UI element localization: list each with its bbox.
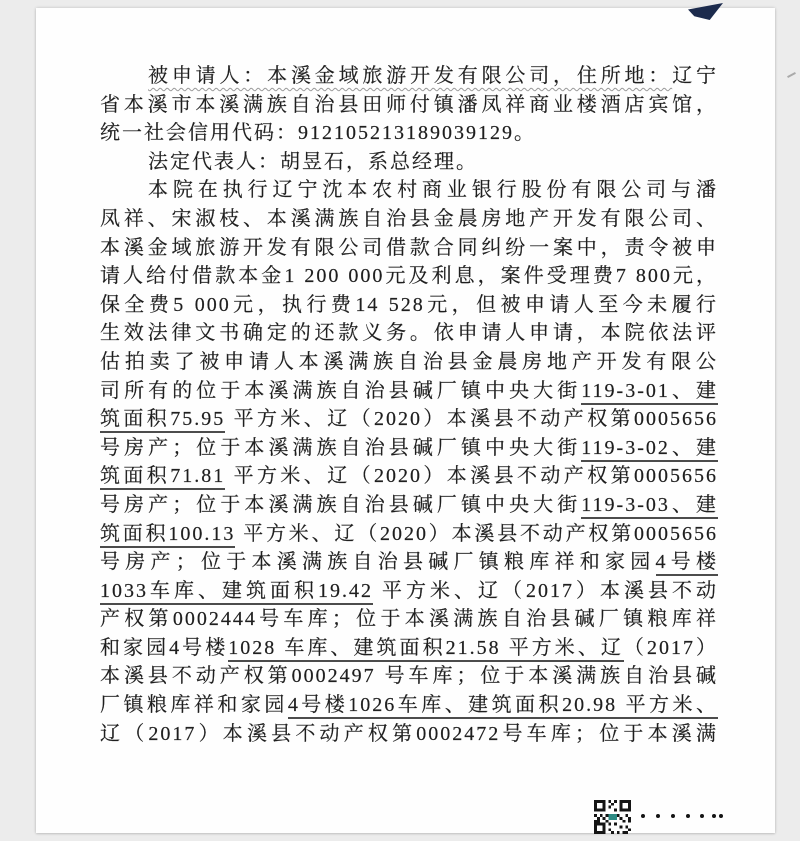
scan-artifact xyxy=(787,72,796,78)
document-line-16: 号房产；位于本溪满族自治县碱厂镇中央大街119-3-03、建 xyxy=(100,491,718,520)
document-line-9: 保全费5 000元，执行费14 528元，但被申请人至今未履行 xyxy=(100,291,718,320)
text-segment: 本院在执行辽宁沈本农村商业银行股份有限公司与潘 xyxy=(148,179,718,201)
document-line-14: 号房产；位于本溪满族自治县碱厂镇中央大街119-3-02、建 xyxy=(100,434,718,463)
footer-dot xyxy=(712,814,716,818)
document-line-20: 产权第0002444号车库；位于本溪满族自治县碱厂镇粮库祥 xyxy=(100,605,718,634)
text-segment: 辽（2017）本溪县不动产权第0002472号车库；位于本溪满 xyxy=(100,723,718,745)
text-segment: 产权第0002444号车库；位于本溪满族自治县碱厂镇粮库祥 xyxy=(100,608,718,630)
underlined-text: 4号楼1026车库、建筑面积20.98 平方米、 xyxy=(288,694,718,719)
text-segment: 号房产；位于本溪满族自治县碱厂镇中央大街 xyxy=(100,494,581,516)
document-line-10: 生效法律文书确定的还款义务。依申请人申请，本院依法评 xyxy=(100,319,718,348)
underlined-text: 4号楼 xyxy=(656,551,719,576)
document-line-8: 请人给付借款本金1 200 000元及利息，案件受理费7 800元， xyxy=(100,262,718,291)
document-line-2: 省本溪市本溪满族自治县田师付镇潘凤祥商业楼酒店宾馆， xyxy=(100,91,718,120)
document-line-1: 被申请人：本溪金域旅游开发有限公司，住所地：辽宁 xyxy=(100,62,718,91)
footer-dot xyxy=(686,814,690,818)
text-segment: 统一社会信用代码：912105213189039129。 xyxy=(100,122,536,144)
text-segment: 和家园4号楼 xyxy=(100,637,228,659)
text-segment: 辽宁 xyxy=(672,65,718,87)
text-segment: 本溪县不动产权第0002497 号车库；位于本溪满族自治县碱 xyxy=(100,665,718,687)
underlined-text: 筑面积75.95 xyxy=(100,408,225,433)
document-line-23: 厂镇粮库祥和家园4号楼1026车库、建筑面积20.98 平方米、 xyxy=(100,691,718,720)
document-line-5: 本院在执行辽宁沈本农村商业银行股份有限公司与潘 xyxy=(100,176,718,205)
document-line-15: 筑面积71.81 平方米、辽（2020）本溪县不动产权第0005656 xyxy=(100,462,718,491)
document-line-21: 和家园4号楼1028 车库、建筑面积21.58 平方米、辽（2017） xyxy=(100,634,718,663)
text-segment: 平方米、辽（2020）本溪县不动产权第0005656 xyxy=(225,465,718,487)
footer-dots xyxy=(641,814,723,818)
document-line-13: 筑面积75.95 平方米、辽（2020）本溪县不动产权第0005656 xyxy=(100,405,718,434)
document-line-6: 凤祥、宋淑枝、本溪满族自治县金晨房地产开发有限公司、 xyxy=(100,205,718,234)
footer-dot xyxy=(671,814,675,818)
text-segment: 省本溪市本溪满族自治县田师付镇潘凤祥商业楼酒店宾馆， xyxy=(100,94,718,116)
document-body: 被申请人：本溪金域旅游开发有限公司，住所地：辽宁省本溪市本溪满族自治县田师付镇潘… xyxy=(100,62,718,748)
text-segment: 凤祥、宋淑枝、本溪满族自治县金晨房地产开发有限公司、 xyxy=(100,208,718,230)
scanned-page-stage: 被申请人：本溪金域旅游开发有限公司，住所地：辽宁省本溪市本溪满族自治县田师付镇潘… xyxy=(0,0,800,841)
document-line-3: 统一社会信用代码：912105213189039129。 xyxy=(100,119,718,148)
text-segment: 本溪金域旅游开发有限公司借款合同纠纷一案中，责令被申 xyxy=(100,237,718,259)
text-segment: 平方米、辽（2020）本溪县不动产权第0005656 xyxy=(235,523,718,545)
document-line-24: 辽（2017）本溪县不动产权第0002472号车库；位于本溪满 xyxy=(100,720,718,749)
underlined-text: 119-3-01、建 xyxy=(581,380,718,405)
footer-dot xyxy=(641,814,645,818)
document-line-17: 筑面积100.13 平方米、辽（2020）本溪县不动产权第0005656 xyxy=(100,520,718,549)
document-line-4: 法定代表人：胡昱石，系总经理。 xyxy=(100,148,718,177)
text-segment: 平方米、辽（2020）本溪县不动产权第0005656 xyxy=(225,408,718,430)
text-segment: 估拍卖了被申请人本溪满族自治县金晨房地产开发有限公 xyxy=(100,351,718,373)
underlined-text: 筑面积100.13 xyxy=(100,523,235,548)
underlined-text: 1033车库、建筑面积19.42 xyxy=(100,580,373,605)
document-line-7: 本溪金域旅游开发有限公司借款合同纠纷一案中，责令被申 xyxy=(100,234,718,263)
document-line-12: 司所有的位于本溪满族自治县碱厂镇中央大街119-3-01、建 xyxy=(100,377,718,406)
underlined-text: 筑面积71.81 xyxy=(100,465,225,490)
document-line-22: 本溪县不动产权第0002497 号车库；位于本溪满族自治县碱 xyxy=(100,662,718,691)
text-segment: 保全费5 000元，执行费14 528元，但被申请人至今未履行 xyxy=(100,294,718,316)
document-line-18: 号房产；位于本溪满族自治县碱厂镇粮库祥和家园4号楼 xyxy=(100,548,718,577)
footer-dot xyxy=(700,814,704,818)
text-segment: 司所有的位于本溪满族自治县碱厂镇中央大街 xyxy=(100,380,581,402)
document-line-19: 1033车库、建筑面积19.42 平方米、辽（2017）本溪县不动 xyxy=(100,577,718,606)
underlined-text: 119-3-02、建 xyxy=(581,437,718,462)
text-segment: 厂镇粮库祥和家园 xyxy=(100,694,288,716)
document-line-11: 估拍卖了被申请人本溪满族自治县金晨房地产开发有限公 xyxy=(100,348,718,377)
text-segment: 法定代表人：胡昱石，系总经理。 xyxy=(148,151,478,173)
text-segment: （2017） xyxy=(624,637,718,659)
footer-dot xyxy=(719,814,723,818)
underlined-text: 119-3-03、建 xyxy=(581,494,718,519)
underlined-text: 1028 车库、建筑面积21.58 平方米、辽 xyxy=(228,637,624,662)
text-segment: 号房产；位于本溪满族自治县碱厂镇中央大街 xyxy=(100,437,581,459)
text-segment: 请人给付借款本金1 200 000元及利息，案件受理费7 800元， xyxy=(100,265,718,287)
underlined-text: 被申请人：本溪金域旅游开发有限公司，住所地： xyxy=(148,65,672,87)
text-segment: 平方米、辽（2017）本溪县不动 xyxy=(373,580,718,602)
text-segment: 生效法律文书确定的还款义务。依申请人申请，本院依法评 xyxy=(100,322,718,344)
footer-dot xyxy=(656,814,660,818)
qr-code-icon xyxy=(594,800,631,834)
text-segment: 号房产；位于本溪满族自治县碱厂镇粮库祥和家园 xyxy=(100,551,656,573)
